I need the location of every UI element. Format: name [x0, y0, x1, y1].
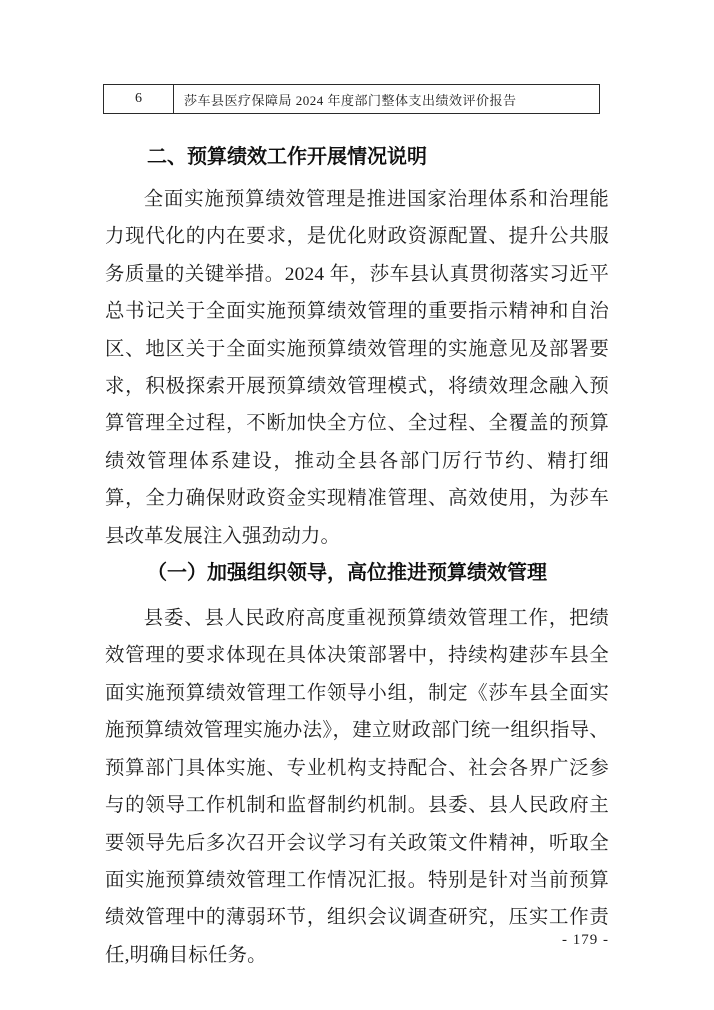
subsection-heading: （一）加强组织领导，高位推进预算绩效管理: [105, 559, 609, 587]
document-page: 6 莎车县医疗保障局 2024 年度部门整体支出绩效评价报告 二、预算绩效工作开…: [0, 0, 714, 1010]
page-header: 6 莎车县医疗保障局 2024 年度部门整体支出绩效评价报告: [103, 84, 600, 114]
section-heading: 二、预算绩效工作开展情况说明: [105, 143, 609, 171]
page-number: - 179 -: [105, 932, 609, 949]
header-title: 莎车县医疗保障局 2024 年度部门整体支出绩效评价报告: [174, 85, 599, 113]
paragraph-1: 全面实施预算绩效管理是推进国家治理体系和治理能力现代化的内在要求，是优化财政资源…: [105, 181, 609, 555]
header-page-index: 6: [104, 85, 174, 113]
document-body: 二、预算绩效工作开展情况说明 全面实施预算绩效管理是推进国家治理体系和治理能力现…: [105, 135, 609, 974]
paragraph-2: 县委、县人民政府高度重视预算绩效管理工作，把绩效管理的要求体现在具体决策部署中，…: [105, 600, 609, 974]
